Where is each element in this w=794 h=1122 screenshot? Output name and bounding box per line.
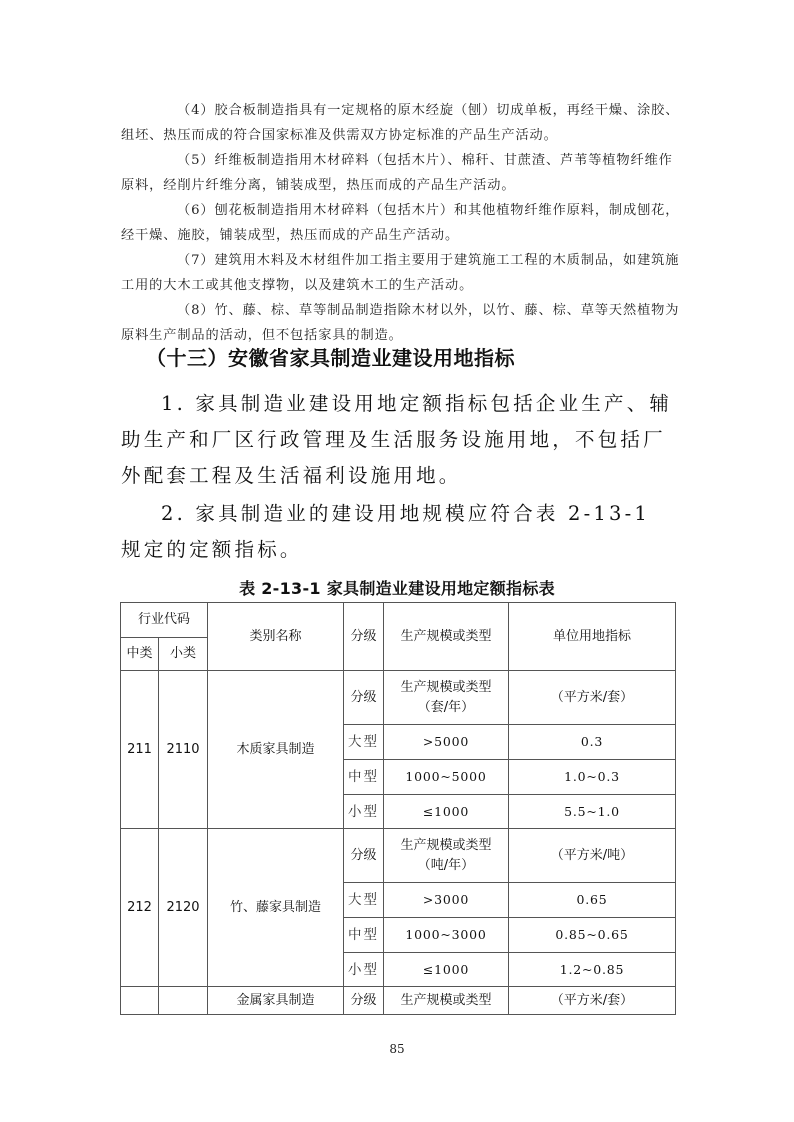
cell-index: 0.85~0.65: [509, 918, 676, 953]
cell-scale: >5000: [384, 725, 509, 760]
cell-grade: 小型: [344, 795, 384, 829]
scale-header-unit: （套/年）: [384, 698, 508, 718]
table-title: 表 2-13-1 家具制造业建设用地定额指标表: [0, 576, 794, 599]
cell-grade: 小型: [344, 953, 384, 987]
header-category-name: 类别名称: [208, 603, 344, 671]
intro-paragraph-7-line2: 工用的大木工或其他支撑物，以及建筑木工的生产活动。: [121, 273, 681, 298]
intro-paragraph-4-line1: （4）胶合板制造指具有一定规格的原木经旋（刨）切成单板，再经干燥、涂胶、: [121, 98, 681, 123]
cell-minor-code: 2110: [159, 671, 208, 829]
table-row: 211 2110 木质家具制造 分级 生产规模或类型 （套/年） （平方米/套）: [121, 671, 676, 725]
cell-major-code: [121, 987, 159, 1015]
intro-paragraph-5-line2: 原料，经削片纤维分离，铺装成型，热压而成的产品生产活动。: [121, 173, 681, 198]
header-industry-code: 行业代码: [121, 603, 208, 638]
cell-unit-header: （平方米/套）: [509, 987, 676, 1015]
cell-unit-header: （平方米/套）: [509, 671, 676, 725]
cell-scale-header: 生产规模或类型: [384, 987, 509, 1015]
cell-scale-header: 生产规模或类型 （套/年）: [384, 671, 509, 725]
header-minor: 小类: [159, 638, 208, 671]
intro-paragraph-8: （8）竹、藤、棕、草等制品制造指除木材以外，以竹、藤、棕、草等天然植物为 原料生…: [121, 298, 681, 348]
intro-paragraph-6-line2: 经干燥、施胶，铺装成型，热压而成的产品生产活动。: [121, 223, 681, 248]
cell-minor-code: [159, 987, 208, 1015]
cell-index: 1.0~0.3: [509, 760, 676, 795]
section-paragraph-1: 1. 家具制造业建设用地定额指标包括企业生产、辅助生产和厂区行政管理及生活服务设…: [121, 386, 681, 494]
cell-grade-header: 分级: [344, 987, 384, 1015]
cell-category-name: 木质家具制造: [208, 671, 344, 829]
cell-index: 0.65: [509, 883, 676, 918]
intro-paragraph-4-line2: 组坯、热压而成的符合国家标准及供需双方协定标准的产品生产活动。: [121, 123, 681, 148]
intro-paragraph-5-line1: （5）纤维板制造指用木材碎料（包括木片）、棉秆、甘蔗渣、芦苇等植物纤维作: [121, 148, 681, 173]
cell-unit-header: （平方米/吨）: [509, 829, 676, 883]
cell-category-name: 金属家具制造: [208, 987, 344, 1015]
scale-header-label: 生产规模或类型: [384, 678, 508, 698]
cell-index: 1.2~0.85: [509, 953, 676, 987]
header-grade: 分级: [344, 603, 384, 671]
intro-paragraph-4: （4）胶合板制造指具有一定规格的原木经旋（刨）切成单板，再经干燥、涂胶、 组坯、…: [121, 98, 681, 148]
land-quota-table: 行业代码 类别名称 分级 生产规模或类型 单位用地指标 中类 小类 211 21…: [120, 602, 676, 1015]
cell-scale: 1000~5000: [384, 760, 509, 795]
cell-major-code: 211: [121, 671, 159, 829]
cell-grade: 大型: [344, 883, 384, 918]
cell-grade: 中型: [344, 918, 384, 953]
table-row: 金属家具制造 分级 生产规模或类型 （平方米/套）: [121, 987, 676, 1015]
header-scale: 生产规模或类型: [384, 603, 509, 671]
intro-paragraph-6-line1: （6）刨花板制造指用木材碎料（包括木片）和其他植物纤维作原料，制成刨花，: [121, 198, 681, 223]
header-major: 中类: [121, 638, 159, 671]
table-row: 212 2120 竹、藤家具制造 分级 生产规模或类型 （吨/年） （平方米/吨…: [121, 829, 676, 883]
cell-category-name: 竹、藤家具制造: [208, 829, 344, 987]
section-paragraph-2: 2. 家具制造业的建设用地规模应符合表 2-13-1 规定的定额指标。: [121, 496, 681, 568]
cell-scale: >3000: [384, 883, 509, 918]
intro-paragraph-8-line1: （8）竹、藤、棕、草等制品制造指除木材以外，以竹、藤、棕、草等天然植物为: [121, 298, 681, 323]
intro-paragraph-5: （5）纤维板制造指用木材碎料（包括木片）、棉秆、甘蔗渣、芦苇等植物纤维作 原料，…: [121, 148, 681, 198]
cell-grade-header: 分级: [344, 829, 384, 883]
cell-minor-code: 2120: [159, 829, 208, 987]
scale-header-unit: （吨/年）: [384, 856, 508, 876]
cell-scale: 1000~3000: [384, 918, 509, 953]
header-unit-index: 单位用地指标: [509, 603, 676, 671]
section-heading: （十三）安徽省家具制造业建设用地指标: [146, 342, 515, 371]
intro-paragraph-6: （6）刨花板制造指用木材碎料（包括木片）和其他植物纤维作原料，制成刨花， 经干燥…: [121, 198, 681, 248]
cell-grade-header: 分级: [344, 671, 384, 725]
cell-major-code: 212: [121, 829, 159, 987]
page-number: 85: [0, 1042, 794, 1056]
scale-header-label: 生产规模或类型: [384, 836, 508, 856]
cell-grade: 大型: [344, 725, 384, 760]
cell-scale-header: 生产规模或类型 （吨/年）: [384, 829, 509, 883]
cell-index: 0.3: [509, 725, 676, 760]
cell-grade: 中型: [344, 760, 384, 795]
intro-paragraph-7-line1: （7）建筑用木料及木材组件加工指主要用于建筑施工工程的木质制品，如建筑施: [121, 248, 681, 273]
cell-index: 5.5~1.0: [509, 795, 676, 829]
intro-paragraph-7: （7）建筑用木料及木材组件加工指主要用于建筑施工工程的木质制品，如建筑施 工用的…: [121, 248, 681, 298]
cell-scale: ≤1000: [384, 953, 509, 987]
table-header-row: 行业代码 类别名称 分级 生产规模或类型 单位用地指标: [121, 603, 676, 638]
cell-scale: ≤1000: [384, 795, 509, 829]
